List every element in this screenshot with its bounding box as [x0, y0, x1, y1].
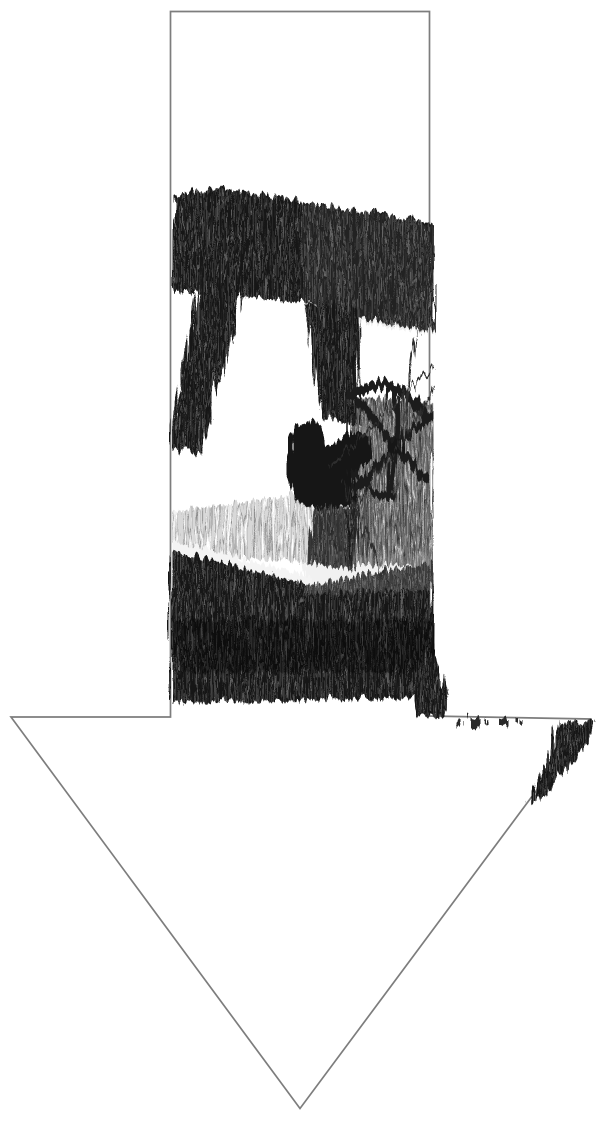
sketch-pilot-column [305, 500, 355, 566]
sketch-lower-dark-streak [175, 616, 436, 668]
arrow-graphic [0, 0, 600, 1122]
sketch-arrow-canvas [0, 0, 600, 1122]
